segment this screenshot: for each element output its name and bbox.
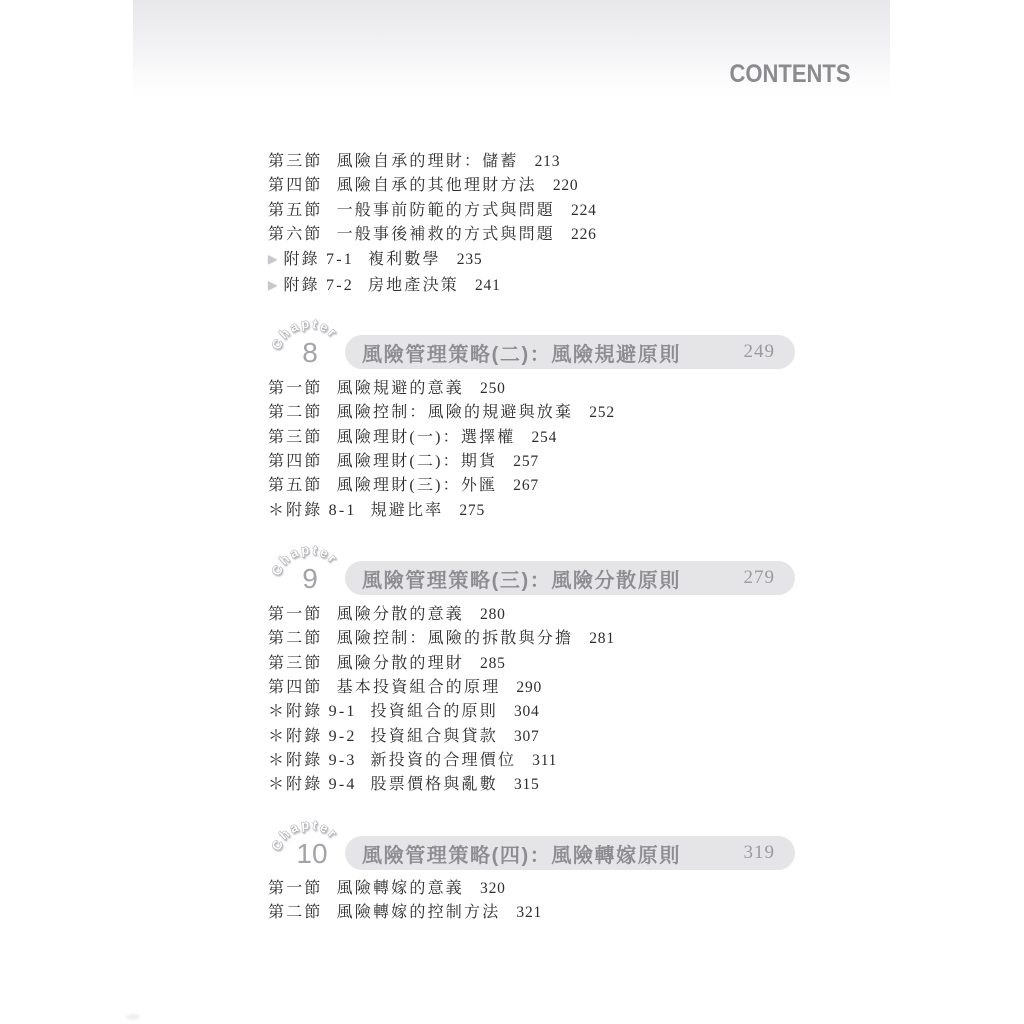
toc-row: ＊附錄 9-4股票價格與亂數315 [268,773,615,797]
toc-row: 第五節一般事前防範的方式與問題224 [268,199,597,223]
section-page-number: 285 [480,655,506,672]
section-label: 第四節 [268,177,323,194]
section-page-number: 252 [589,404,615,421]
toc-row: 第四節風險理財(二)：期貨257 [268,450,615,474]
chapter-page-number: 249 [744,341,776,363]
toc-row: ＊附錄 8-1規避比率275 [268,499,615,523]
section-title: 風險規避的意義 [337,380,464,397]
chapter-page-number: 279 [744,567,776,589]
section-page-number: 250 [480,380,506,397]
appendix-marker-icon: ＊ [268,499,284,523]
section-page-number: 280 [480,606,506,623]
section-label: 第一節 [268,380,323,397]
appendix-marker-icon: ＊ [268,700,284,724]
section-label: 第五節 [268,202,323,219]
toc-section-group-ch7: 第三節風險自承的理財：儲蓄213 第四節風險自承的其他理財方法220 第五節一般… [268,150,597,298]
appendix-marker-icon: ▶ [268,273,279,297]
section-title: 風險分散的意義 [337,606,464,623]
section-label: 附錄 9-2 [286,728,357,745]
chapter-number: 8 [302,337,318,368]
toc-row: 第四節基本投資組合的原理290 [268,676,615,700]
toc-row: 第六節一般事後補救的方式與問題226 [268,223,597,247]
section-title: 風險控制：風險的拆散與分擔 [337,630,574,647]
section-page-number: 235 [457,251,483,268]
section-label: 附錄 9-3 [286,752,357,769]
section-title: 股票價格與亂數 [371,776,498,793]
toc-row: ＊附錄 9-2投資組合與貸款307 [268,725,615,749]
section-label: 附錄 9-4 [286,776,357,793]
chapter-number: 9 [302,563,318,594]
section-page-number: 267 [513,477,539,494]
chapter-heading-10: Chapter 10 風險管理策略(四)：風險轉嫁原則 319 [268,807,808,870]
section-title: 複利數學 [368,251,441,268]
section-label: 第五節 [268,477,323,494]
section-label: 第四節 [268,453,323,470]
toc-row: 第二節風險轉嫁的控制方法321 [268,901,542,925]
section-title: 風險轉嫁的控制方法 [337,904,501,921]
section-page-number: 320 [480,880,506,897]
section-page-number: 257 [513,453,539,470]
section-page-number: 224 [571,202,597,219]
section-title: 風險理財(一)：選擇權 [337,429,516,446]
section-title: 風險分散的理財 [337,655,464,672]
section-title: 風險自承的理財：儲蓄 [337,153,519,170]
chapter-badge-icon: Chapter 9 [268,532,352,594]
section-label: 附錄 9-1 [286,703,357,720]
section-page-number: 281 [589,630,615,647]
toc-row: 第五節風險理財(三)：外匯267 [268,474,615,498]
section-page-number: 254 [531,429,557,446]
section-label: 第三節 [268,429,323,446]
toc-row: 第三節風險分散的理財285 [268,652,615,676]
section-title: 風險自承的其他理財方法 [337,177,537,194]
toc-section-group-ch10: 第一節風險轉嫁的意義320 第二節風險轉嫁的控制方法321 [268,877,542,926]
section-label: 附錄 7-1 [283,251,354,268]
section-label: 第三節 [268,655,323,672]
chapter-title: 風險管理策略(四)：風險轉嫁原則 [362,839,681,868]
toc-row: 第三節風險自承的理財：儲蓄213 [268,150,597,174]
toc-section-group-ch8: 第一節風險規避的意義250 第二節風險控制：風險的規避與放棄252 第三節風險理… [268,377,615,523]
section-label: 第二節 [268,904,323,921]
chapter-page-number: 319 [744,842,776,864]
section-page-number: 307 [514,728,540,745]
toc-row: 第四節風險自承的其他理財方法220 [268,174,597,198]
section-page-number: 226 [571,226,597,243]
section-page-number: 311 [532,752,557,769]
appendix-marker-icon: ＊ [268,725,284,749]
section-title: 投資組合的原則 [371,703,498,720]
section-page-number: 321 [516,904,542,921]
section-page-number: 304 [514,703,540,720]
section-label: 第二節 [268,630,323,647]
chapter-title: 風險管理策略(三)：風險分散原則 [362,564,681,593]
page-title: CONTENTS [729,60,850,89]
chapter-title-bar: 風險管理策略(四)：風險轉嫁原則 319 [345,836,795,870]
toc-row: 第三節風險理財(一)：選擇權254 [268,426,615,450]
section-label: 第二節 [268,404,323,421]
toc-row: 第一節風險轉嫁的意義320 [268,877,542,901]
toc-row: ▶附錄 7-2房地產決策241 [268,273,597,298]
section-page-number: 315 [514,776,540,793]
section-label: 第一節 [268,606,323,623]
scanned-page: CONTENTS 第三節風險自承的理財：儲蓄213 第四節風險自承的其他理財方法… [133,0,890,1024]
toc-row: 第一節風險規避的意義250 [268,377,615,401]
toc-row: 第二節風險控制：風險的拆散與分擔281 [268,627,615,651]
toc-row: ＊附錄 9-3新投資的合理價位311 [268,749,615,773]
section-title: 風險理財(三)：外匯 [337,477,498,494]
section-title: 一般事前防範的方式與問題 [337,202,555,219]
chapter-number: 10 [296,838,327,869]
section-title: 房地產決策 [368,277,459,294]
toc-row: ＊附錄 9-1投資組合的原則304 [268,700,615,724]
section-title: 風險控制：風險的規避與放棄 [337,404,574,421]
toc-row: 第一節風險分散的意義280 [268,603,615,627]
section-title: 投資組合與貸款 [371,728,498,745]
section-title: 一般事後補救的方式與問題 [337,226,555,243]
section-title: 風險轉嫁的意義 [337,880,464,897]
chapter-title: 風險管理策略(二)：風險規避原則 [362,338,681,367]
chapter-heading-9: Chapter 9 風險管理策略(三)：風險分散原則 279 [268,532,808,595]
appendix-marker-icon: ＊ [268,773,284,797]
chapter-title-bar: 風險管理策略(三)：風險分散原則 279 [345,561,795,595]
section-label: 第六節 [268,226,323,243]
chapter-badge-icon: Chapter 8 [268,306,352,368]
section-label: 附錄 7-2 [283,277,354,294]
chapter-badge-icon: Chapter 10 [268,807,352,869]
section-page-number: 241 [475,277,501,294]
scan-artifact [126,1014,140,1020]
section-page-number: 220 [553,177,579,194]
toc-row: ▶附錄 7-1複利數學235 [268,247,597,272]
chapter-heading-8: Chapter 8 風險管理策略(二)：風險規避原則 249 [268,306,808,369]
section-label: 第四節 [268,679,323,696]
section-page-number: 290 [516,679,542,696]
chapter-title-bar: 風險管理策略(二)：風險規避原則 249 [345,335,795,369]
section-title: 基本投資組合的原理 [337,679,501,696]
section-title: 新投資的合理價位 [371,752,517,769]
section-label: 第三節 [268,153,323,170]
toc-section-group-ch9: 第一節風險分散的意義280 第二節風險控制：風險的拆散與分擔281 第三節風險分… [268,603,615,798]
section-title: 規避比率 [371,502,444,519]
appendix-marker-icon: ▶ [268,247,279,271]
toc-row: 第二節風險控制：風險的規避與放棄252 [268,401,615,425]
section-page-number: 213 [535,153,561,170]
section-page-number: 275 [459,502,485,519]
page-header: CONTENTS [133,0,890,100]
section-label: 第一節 [268,880,323,897]
appendix-marker-icon: ＊ [268,749,284,773]
section-title: 風險理財(二)：期貨 [337,453,498,470]
section-label: 附錄 8-1 [286,502,357,519]
